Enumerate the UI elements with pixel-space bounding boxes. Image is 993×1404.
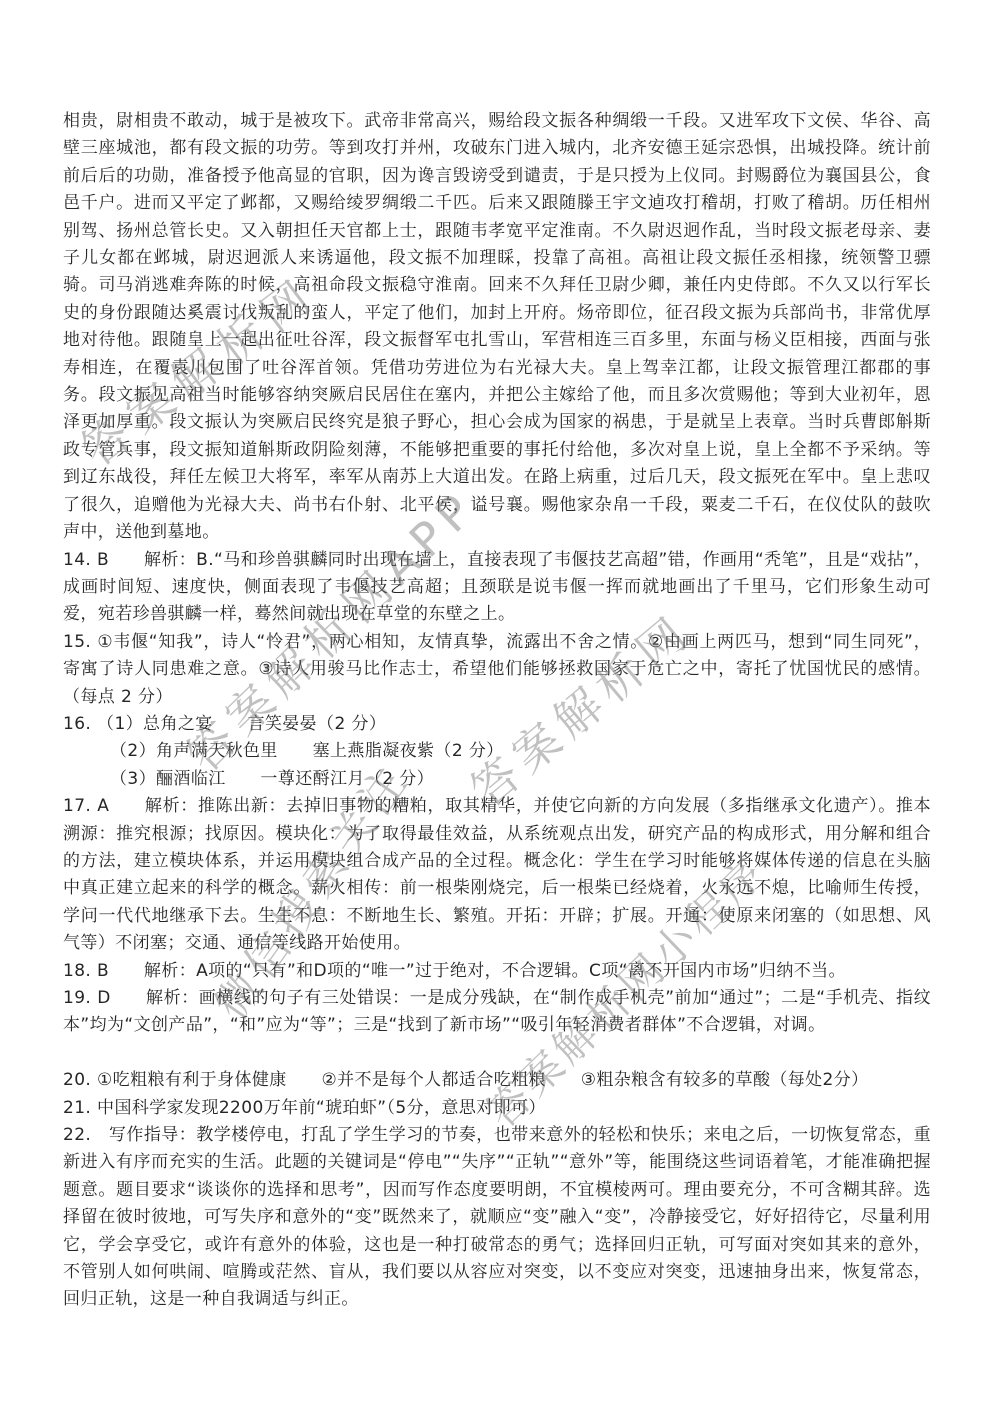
answer-item-19: 19. D 解析：画横线的句子有三处错误：一是成分残缺，在“制作成手机壳”前加“… bbox=[63, 985, 931, 1040]
answer-key-content: 相贵，尉相贵不敢动，城于是被攻下。武帝非常高兴，赐给段文振各种绸缎一千段。又进军… bbox=[63, 108, 931, 1314]
answer-item-15: 15. ①韦偃“知我”，诗人“怜君”，两心相知，友情真挚，流露出不舍之情。②由画… bbox=[63, 629, 931, 711]
answer-item-16-line-3: （3）酾酒临江 一尊还酹江月（2 分） bbox=[63, 766, 931, 793]
answer-item-16-line-1: 16. （1）总角之宴 言笑晏晏（2 分） bbox=[63, 711, 931, 738]
answer-item-22: 22. 写作指导：教学楼停电，打乱了学生学习的节奏，也带来意外的轻松和快乐；来电… bbox=[63, 1122, 931, 1314]
answer-item-16-line-2: （2）角声满天秋色里 塞上燕脂凝夜紫（2 分） bbox=[63, 738, 931, 765]
answer-item-14: 14. B 解析：B.“马和珍兽骐麟同时出现在墙上，直接表现了韦偃技艺高超”错，… bbox=[63, 547, 931, 629]
passage-translation-paragraph: 相贵，尉相贵不敢动，城于是被攻下。武帝非常高兴，赐给段文振各种绸缎一千段。又进军… bbox=[63, 108, 931, 547]
answer-item-20: 20. ①吃粗粮有利于身体健康 ②并不是每个人都适合吃粗粮 ③粗杂粮含有较多的草… bbox=[63, 1067, 931, 1094]
answer-item-17: 17. A 解析：推陈出新：去掉旧事物的糟粕，取其精华，并使它向新的方向发展（多… bbox=[63, 793, 931, 957]
answer-item-21: 21. 中国科学家发现2200万年前“琥珀虾”（5分，意思对即可） bbox=[63, 1095, 931, 1122]
answer-item-18: 18. B 解析：A项的“只有”和D项的“唯一”过于绝对，不合逻辑。C项“离不开… bbox=[63, 958, 931, 985]
document-page: 答案解析网答案解析网APP答案解析网微信搜索关注答案解析网小程序 相贵，尉相贵不… bbox=[0, 0, 993, 1404]
